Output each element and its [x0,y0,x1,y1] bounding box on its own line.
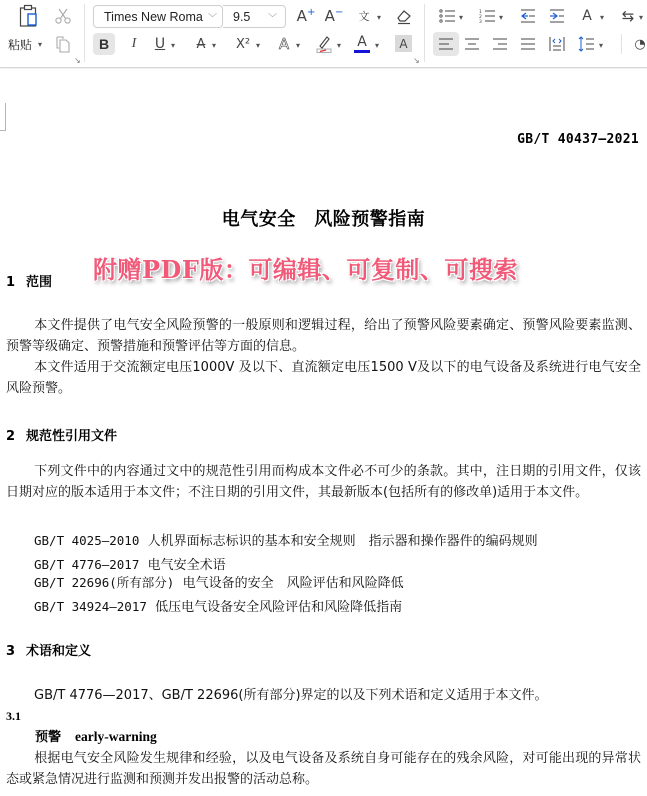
copy-button[interactable] [54,35,72,53]
character-spacing-button[interactable]: A [578,6,596,26]
reference-code: GB/T 4025—2010 [34,533,139,548]
font-family-select[interactable]: Times New Roma ﹀ [93,5,223,28]
strikethrough-button[interactable]: A [193,33,209,55]
font-color-icon: A [357,35,367,49]
increase-indent-button[interactable] [548,7,566,25]
divider [424,4,425,62]
chevron-down-icon[interactable]: ▾ [337,41,341,50]
standard-code: GB/T 40437—2021 [517,132,639,147]
clear-format-button[interactable] [394,6,414,26]
superscript-button[interactable]: X² [233,33,253,55]
paste-button[interactable] [18,4,40,28]
paragraph-text: 本文件适用于交流额定电压1000V 及以下、直流额定电压1500 V及以下的电气… [6,360,641,396]
sort-icon: ⇆ [622,9,635,24]
section-heading-3: 3术语和定义 [6,640,91,659]
grow-font-icon: A+ [297,8,316,24]
term-en: early-warning [75,729,157,744]
term-number: 3.1 [6,709,21,724]
character-spacing-icon: A [582,9,592,23]
paste-dropdown-chevron-icon[interactable]: ▾ [38,40,42,49]
paragraph: 本文件提供了电气安全风险预警的一般原则和逻辑过程，给出了预警风险要素确定、预警风… [6,315,641,357]
font-size-select[interactable]: 9.5 ﹀ [223,5,286,28]
paste-label[interactable]: 粘贴 [8,36,32,53]
paragraph-text: 本文件提供了电气安全风险预警的一般原则和逻辑过程，给出了预警风险要素确定、预警风… [6,318,641,354]
reference-item: GB/T 4025—2010 人机界面标志标识的基本和安全规则 指示器和操作器件… [34,530,538,549]
italic-button[interactable]: I [123,33,145,55]
eraser-icon [395,7,413,25]
reference-code: GB/T 22696(所有部分) [34,575,174,590]
chevron-down-icon[interactable]: ▾ [499,13,503,22]
chevron-down-icon[interactable]: ▾ [600,13,604,22]
section-number: 3 [6,644,26,659]
document-page[interactable]: GB/T 40437—2021 电气安全 风险预警指南 附赠PDF版：可编辑、可… [0,69,647,796]
chevron-down-icon[interactable]: ▾ [171,41,175,50]
distribute-icon [549,37,565,51]
line-spacing-button[interactable] [577,35,595,53]
scissors-icon [54,7,72,25]
reference-title: 电气安全术语 [148,558,226,573]
paragraph-shading-button[interactable]: ◔ [633,34,647,54]
underline-button[interactable]: U [152,33,168,55]
chevron-down-icon[interactable]: ▾ [377,13,381,22]
section-heading-1: 1范围 [6,271,52,290]
chevron-down-icon[interactable]: ▾ [639,13,643,22]
line-spacing-icon [578,36,594,52]
divider [621,34,622,54]
svg-text:3: 3 [479,19,482,23]
reference-title: 低压电气设备安全风险评估和风险降低指南 [155,600,402,615]
clipboard-dialog-launcher-icon[interactable]: ↘ [74,56,81,65]
divider [84,4,85,62]
shrink-font-icon: A− [325,8,344,24]
font-color-swatch [354,50,370,53]
chevron-down-icon[interactable]: ▾ [599,41,603,50]
justify-icon [521,38,535,50]
text-effects-icon: A [279,37,289,52]
section-title: 术语和定义 [26,644,91,659]
term-definition: 根据电气安全风险发生规律和经验，以及电气设备及系统自身可能存在的残余风险，对可能… [6,748,641,790]
font-size-value: 9.5 [233,10,250,24]
paragraph: 下列文件中的内容通过文中的规范性引用而构成本文件必不可少的条款。其中，注日期的引… [6,461,641,503]
reference-item: GB/T 4776—2017 电气安全术语 [34,554,226,573]
bold-button[interactable]: B [93,33,115,55]
chevron-down-icon[interactable]: ▾ [212,41,216,50]
paragraph: GB/T 4776—2017、GB/T 22696(所有部分)界定的以及下列术语… [34,684,548,703]
promo-banner: 附赠PDF版：可编辑、可复制、可搜索 [93,250,518,285]
decrease-indent-button[interactable] [519,7,537,25]
grow-font-button[interactable]: A+ [296,7,316,25]
chevron-down-icon[interactable]: ▾ [296,41,300,50]
section-title: 规范性引用文件 [26,429,117,444]
align-center-button[interactable] [464,35,480,53]
character-shading-button[interactable]: A [395,35,412,52]
document-title: 电气安全 风险预警指南 [0,205,647,231]
paragraph-text: 根据电气安全风险发生规律和经验，以及电气设备及系统自身可能存在的残余风险，对可能… [6,751,641,787]
chevron-down-icon: ﹀ [208,11,217,24]
paragraph-text: 下列文件中的内容通过文中的规范性引用而构成本文件必不可少的条款。其中，注日期的引… [6,464,641,500]
highlight-button[interactable] [314,33,334,55]
numbering-button[interactable]: 1 2 3 [478,7,496,25]
bullets-button[interactable] [438,7,456,25]
chevron-down-icon[interactable]: ▾ [459,13,463,22]
phonetic-guide-button[interactable]: 文 [353,7,375,25]
reference-title: 人机界面标志标识的基本和安全规则 指示器和操作器件的编码规则 [148,534,538,549]
section-number: 1 [6,275,26,290]
shrink-font-button[interactable]: A− [324,7,344,25]
paragraph: 本文件适用于交流额定电压1000V 及以下、直流额定电压1500 V及以下的电气… [6,357,641,399]
highlighter-icon [315,34,333,54]
paint-bucket-icon: ◔ [634,38,645,51]
reference-code: GB/T 4776—2017 [34,557,139,572]
margin-corner-mark [0,103,6,131]
term-zh: 预警 [35,730,61,745]
align-center-icon [465,38,479,50]
font-dialog-launcher-icon[interactable]: ↘ [413,56,420,65]
align-right-button[interactable] [492,35,508,53]
numbered-list-icon: 1 2 3 [479,9,495,23]
reference-item: GB/T 22696(所有部分) 电气设备的安全 风险评估和风险降低 [34,572,404,591]
copy-icon [54,35,72,53]
section-number: 2 [6,429,26,444]
phonetic-guide-icon: 文 [359,11,370,22]
align-left-icon [439,38,453,50]
sort-button[interactable]: ⇆ [619,7,637,25]
paragraph-text: GB/T 4776—2017、GB/T 22696(所有部分)界定的以及下列术语… [34,688,548,703]
reference-title: 电气设备的安全 风险评估和风险降低 [183,576,404,591]
term-heading: 预警early-warning [35,726,157,745]
font-family-value: Times New Roma [104,10,208,24]
reference-code: GB/T 34924—2017 [34,599,147,614]
justify-button[interactable] [520,35,536,53]
chevron-down-icon[interactable]: ▾ [375,41,379,50]
chevron-down-icon: ﹀ [268,11,277,24]
distribute-button[interactable] [548,35,566,53]
cut-button[interactable] [54,7,72,25]
decrease-indent-icon [520,9,536,23]
bullet-list-icon [439,9,455,23]
increase-indent-icon [549,9,565,23]
align-left-button[interactable] [433,32,459,56]
section-title: 范围 [26,275,52,290]
clipboard-paste-icon [19,4,39,28]
section-heading-2: 2规范性引用文件 [6,425,117,444]
align-right-icon [493,38,507,50]
text-effects-button[interactable]: A [275,33,293,55]
ribbon-toolbar: 粘贴 ▾ ↘ Times New Roma ﹀ 9.5 ﹀ A+ A− 文 ▾ [0,0,647,68]
reference-item: GB/T 34924—2017 低压电气设备安全风险评估和风险降低指南 [34,596,402,615]
font-color-button[interactable]: A [353,32,371,52]
chevron-down-icon[interactable]: ▾ [256,41,260,50]
